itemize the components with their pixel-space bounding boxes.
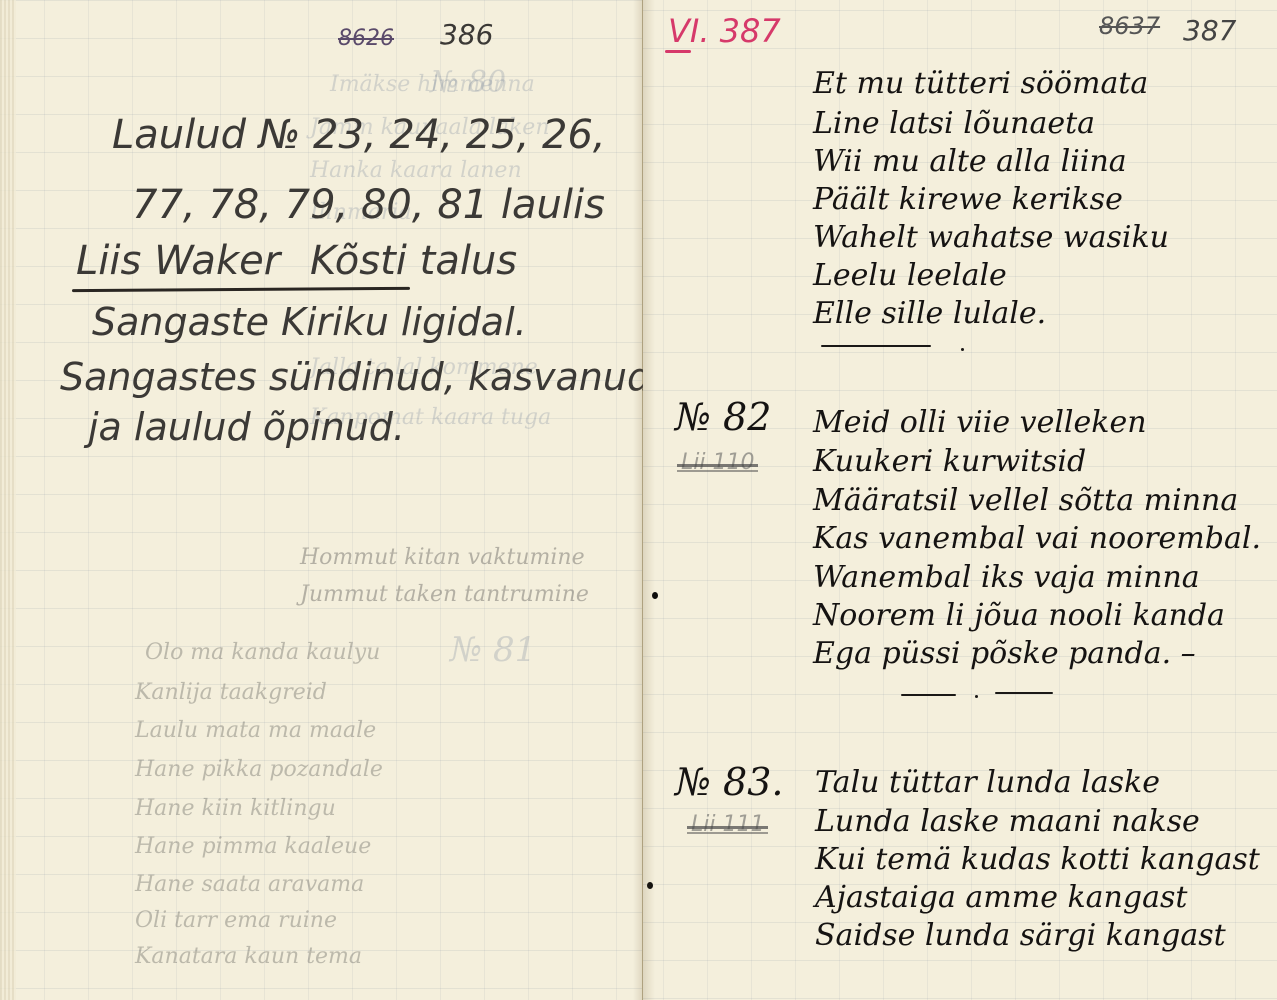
verse-line: Kuukeri kurwitsid — [813, 444, 1086, 479]
bleed-line: Kanlija taakgreid — [135, 680, 327, 705]
verse-line: Meid olli viie velleken — [813, 405, 1147, 440]
right-page: VI. 387 8637 387 Et mu tütteri söömata L… — [643, 0, 1277, 1000]
bleed-line: Hanka kaara lanen — [310, 158, 522, 183]
song-number: № 82 — [675, 395, 771, 439]
bleed-line: Kanatara kaun tema — [135, 944, 362, 969]
verse-line: Saidse lunda särgi kangast — [815, 918, 1226, 953]
old-page-number: 8637 — [1099, 12, 1160, 40]
struck-reference: Lii 111 — [691, 812, 764, 837]
verse-line: Ega püssi põske panda. – — [813, 636, 1196, 671]
archive-mark: VI. 387 — [668, 12, 781, 50]
bleed-number: № 81 — [450, 630, 536, 670]
body-line: ja laulud õpinud. — [88, 405, 405, 449]
bleed-line: Laulu mata ma maale — [135, 718, 376, 743]
notebook-spread: № 80 Imäkse himmenna Jamm kaunaala laken… — [0, 0, 1277, 1000]
body-line: Sangaste Kiriku ligidal. — [92, 300, 527, 344]
verse-line: Wahelt wahatse wasiku — [813, 220, 1169, 255]
verse-line: Määratsil vellel sõtta minna — [813, 483, 1238, 518]
verse-line: Noorem li jõua nooli kanda — [813, 598, 1225, 633]
verse-line: Kui temä kudas kotti kangast — [815, 842, 1260, 877]
body-line: Sangastes sündinud, kasvanud — [60, 355, 651, 399]
bleed-line: Hane pikka pozandale — [135, 757, 383, 782]
left-page: № 80 Imäkse himmenna Jamm kaunaala laken… — [0, 0, 643, 1000]
bleed-line: Jummut taken tantrumine — [300, 582, 589, 607]
verse-line: Wii mu alte alla liina — [813, 144, 1127, 179]
divider-dot — [975, 695, 978, 698]
bleed-line: Hommut kitan vaktumine — [300, 545, 585, 570]
bleed-line: Imäkse himmenna — [330, 72, 535, 97]
page-number: 386 — [440, 18, 493, 51]
struck-reference: Lii 110 — [681, 450, 754, 475]
bleed-line: Hane pimma kaaleue — [135, 834, 371, 859]
bleed-line: Oli tarr ema ruine — [135, 908, 337, 933]
ink-blot — [652, 592, 658, 599]
bleed-line: Olo ma kanda kaulyu — [145, 640, 380, 665]
header-line: 77, 78, 79, 80, 81 laulis — [132, 182, 605, 228]
ink-blot — [647, 882, 653, 889]
section-divider — [821, 345, 931, 347]
header-line: Laulud № 23, 24, 25, 26, — [112, 112, 606, 158]
bleed-line: Hane kiin kitlingu — [135, 796, 336, 821]
singer-name: Liis Waker — [76, 238, 280, 284]
place-line: Kõsti talus — [310, 238, 517, 284]
verse-line: Lunda laske maani nakse — [815, 804, 1200, 839]
section-divider — [995, 692, 1053, 694]
song-number: № 83. — [675, 760, 783, 804]
section-divider — [901, 694, 956, 696]
verse-line: Kas vanembal vai noorembal. — [813, 521, 1261, 556]
verse-line: Elle sille lulale. — [813, 296, 1046, 331]
verse-line: Päält kirewe kerikse — [813, 182, 1123, 217]
page-number: 387 — [1183, 14, 1236, 47]
verse-line: Leelu leelale — [813, 258, 1007, 293]
verse-line: Wanembal iks vaja minna — [813, 560, 1200, 595]
name-underline — [72, 287, 410, 292]
bleed-line: Hane saata aravama — [135, 872, 364, 897]
verse-line: Talu tüttar lunda laske — [815, 765, 1160, 800]
verse-line: Ajastaiga amme kangast — [815, 880, 1187, 915]
divider-dot — [961, 348, 964, 351]
old-page-number: 8626 — [338, 26, 394, 51]
archive-mark-underline — [665, 50, 691, 53]
verse-line: Et mu tütteri söömata — [813, 66, 1148, 101]
verse-line: Line latsi lõunaeta — [813, 106, 1095, 141]
